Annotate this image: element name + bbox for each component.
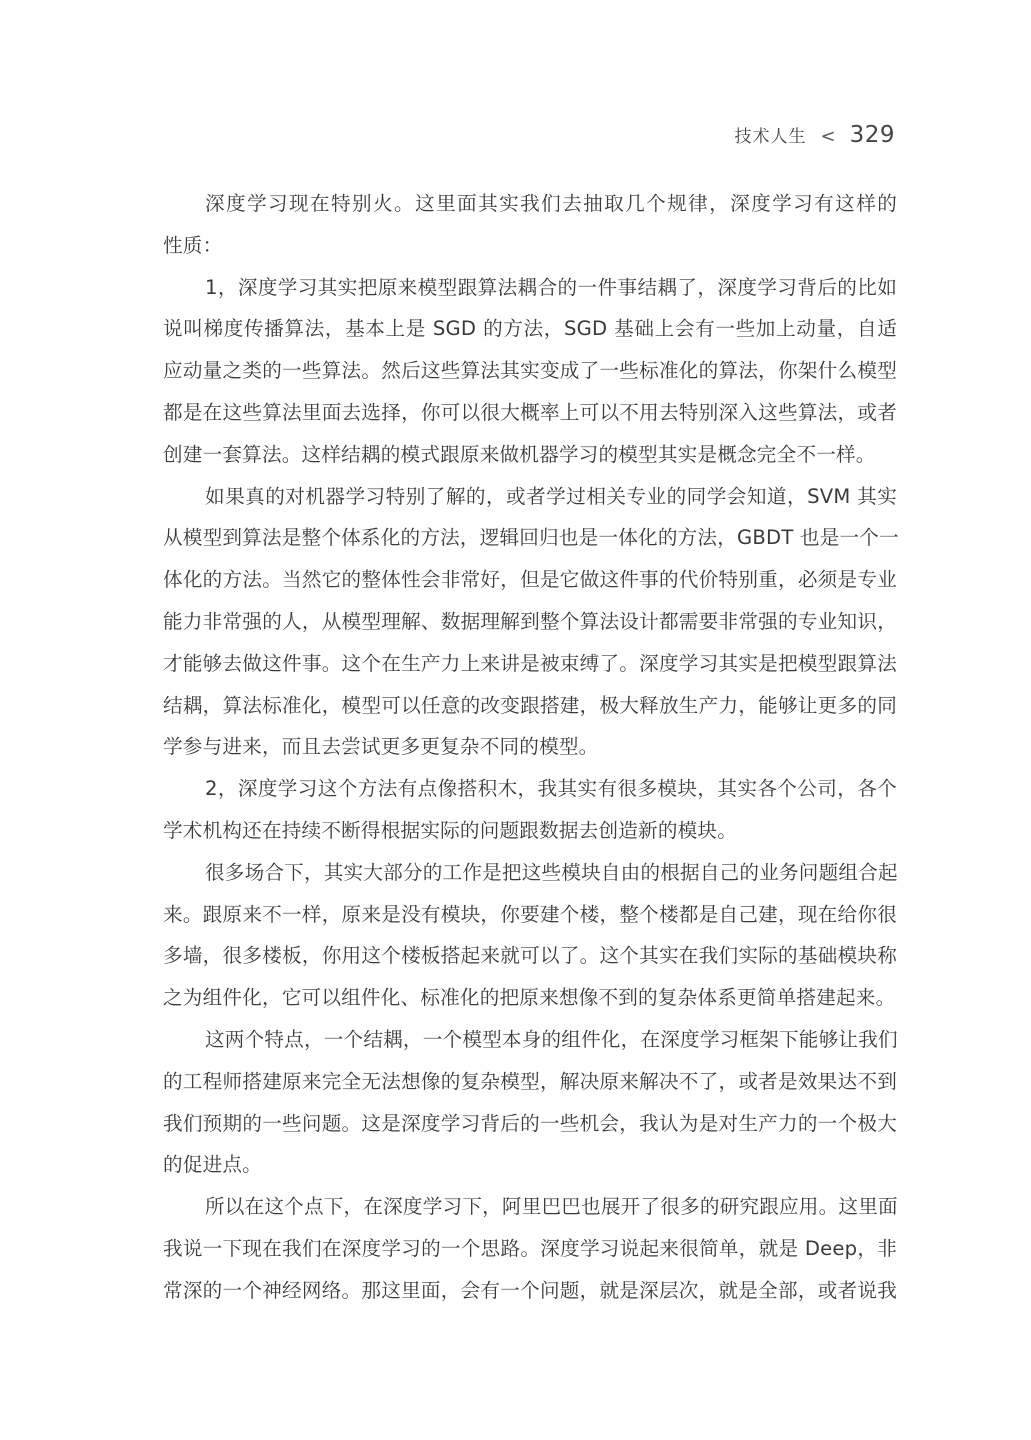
- text-line: 的工程师搭建原来完全无法想像的复杂模型，解决原来解决不了，或者是效果达不到: [163, 1066, 897, 1108]
- text-line: 学参与进来，而且去尝试更多更复杂不同的模型。: [163, 731, 897, 773]
- text-line: 学术机构还在持续不断得根据实际的问题跟数据去创造新的模块。: [163, 815, 897, 857]
- text-line: 所以在这个点下，在深度学习下，阿里巴巴也展开了很多的研究跟应用。这里面: [163, 1191, 897, 1233]
- text-line: 应动量之类的一些算法。然后这些算法其实变成了一些标准化的算法，你架什么模型: [163, 355, 897, 397]
- text-line: 说叫梯度传播算法，基本上是 SGD 的方法，SGD 基础上会有一些加上动量，自适: [163, 313, 897, 355]
- text-line: 多墙，很多楼板，你用这个楼板搭起来就可以了。这个其实在我们实际的基础模块称: [163, 940, 897, 982]
- text-line: 2，深度学习这个方法有点像搭积木，我其实有很多模块，其实各个公司，各个: [163, 773, 897, 815]
- text-line: 1，深度学习其实把原来模型跟算法耦合的一件事结耦了，深度学习背后的比如: [163, 272, 897, 314]
- text-line: 创建一套算法。这样结耦的模式跟原来做机器学习的模型其实是概念完全不一样。: [163, 439, 897, 481]
- text-line: 如果真的对机器学习特别了解的，或者学过相关专业的同学会知道，SVM 其实: [163, 481, 897, 523]
- text-line: 我们预期的一些问题。这是深度学习背后的一些机会，我认为是对生产力的一个极大: [163, 1108, 897, 1150]
- paragraph: 这两个特点，一个结耦，一个模型本身的组件化，在深度学习框架下能够让我们 的工程师…: [163, 1024, 897, 1191]
- page-number: 329: [850, 122, 895, 148]
- text-line: 很多场合下，其实大部分的工作是把这些模块自由的根据自己的业务问题组合起: [163, 857, 897, 899]
- paragraph: 所以在这个点下，在深度学习下，阿里巴巴也展开了很多的研究跟应用。这里面 我说一下…: [163, 1191, 897, 1316]
- text-line: 才能够去做这件事。这个在生产力上来讲是被束缚了。深度学习其实是把模型跟算法: [163, 648, 897, 690]
- body-text: 深度学习现在特别火。这里面其实我们去抽取几个规律，深度学习有这样的 性质： 1，…: [163, 188, 897, 1317]
- text-line: 之为组件化，它可以组件化、标准化的把原来想像不到的复杂体系更简单搭建起来。: [163, 982, 897, 1024]
- text-line: 结耦，算法标准化，模型可以任意的改变跟搭建，极大释放生产力，能够让更多的同: [163, 690, 897, 732]
- text-line: 我说一下现在我们在深度学习的一个思路。深度学习说起来很简单，就是 Deep，非: [163, 1233, 897, 1275]
- paragraph: 如果真的对机器学习特别了解的，或者学过相关专业的同学会知道，SVM 其实 从模型…: [163, 481, 897, 774]
- running-header: 技术人生 < 329: [735, 122, 896, 148]
- text-line: 常深的一个神经网络。那这里面，会有一个问题，就是深层次，就是全部，或者说我: [163, 1275, 897, 1317]
- text-line: 性质：: [163, 230, 897, 272]
- text-line: 能力非常强的人，从模型理解、数据理解到整个算法设计都需要非常强的专业知识，: [163, 606, 897, 648]
- header-separator: <: [821, 126, 836, 147]
- text-line: 来。跟原来不一样，原来是没有模块，你要建个楼，整个楼都是自己建，现在给你很: [163, 899, 897, 941]
- section-title: 技术人生: [735, 122, 807, 147]
- text-line: 深度学习现在特别火。这里面其实我们去抽取几个规律，深度学习有这样的: [163, 188, 897, 230]
- text-line: 都是在这些算法里面去选择，你可以很大概率上可以不用去特别深入这些算法，或者: [163, 397, 897, 439]
- paragraph: 1，深度学习其实把原来模型跟算法耦合的一件事结耦了，深度学习背后的比如 说叫梯度…: [163, 272, 897, 481]
- text-line: 的促进点。: [163, 1149, 897, 1191]
- paragraph: 深度学习现在特别火。这里面其实我们去抽取几个规律，深度学习有这样的 性质：: [163, 188, 897, 272]
- paragraph: 2，深度学习这个方法有点像搭积木，我其实有很多模块，其实各个公司，各个 学术机构…: [163, 773, 897, 857]
- paragraph: 很多场合下，其实大部分的工作是把这些模块自由的根据自己的业务问题组合起 来。跟原…: [163, 857, 897, 1024]
- text-line: 这两个特点，一个结耦，一个模型本身的组件化，在深度学习框架下能够让我们: [163, 1024, 897, 1066]
- text-line: 从模型到算法是整个体系化的方法，逻辑回归也是一体化的方法，GBDT 也是一个一: [163, 522, 897, 564]
- text-line: 体化的方法。当然它的整体性会非常好，但是它做这件事的代价特别重，必须是专业: [163, 564, 897, 606]
